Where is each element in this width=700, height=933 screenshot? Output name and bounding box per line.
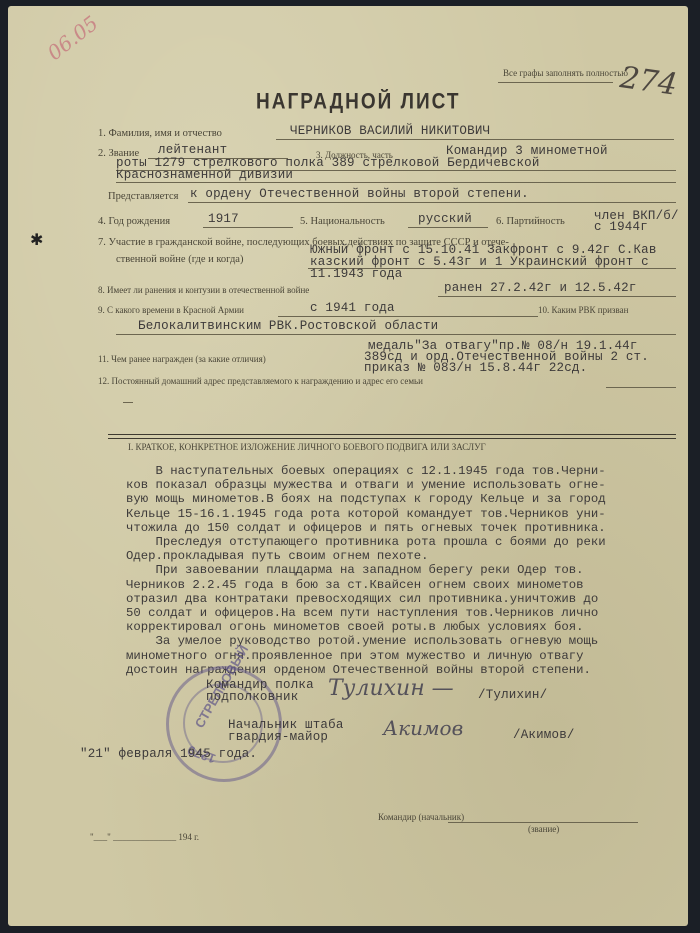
- merit-line: В наступательных боевых операциях с 12.1…: [126, 464, 681, 478]
- merit-line: Черников 2.2.45 года в бою за ст.Квайсен…: [126, 578, 681, 592]
- field-5-label: 5. Национальность: [300, 216, 385, 227]
- rank-value: лейтенант: [158, 143, 227, 157]
- field-6-label: 6. Партийность: [496, 216, 565, 227]
- footer-date-template: "___" ______________ 194 г.: [90, 832, 199, 842]
- field-10-label: 10. Каким РВК призван: [538, 305, 628, 315]
- merit-line: При завоевании плацдарма на западном бер…: [126, 563, 681, 577]
- party-value-line2: с 1944г: [594, 220, 648, 234]
- merit-line: 50 солдат и офицеров.На всем пути наступ…: [126, 606, 681, 620]
- chief-title-line2: гвардия-майор: [228, 730, 328, 744]
- chief-name: /Акимов/: [513, 728, 575, 742]
- footer-rank-label: (звание): [528, 824, 559, 834]
- merit-line: ков показал образцы мужества и отваги и …: [126, 478, 681, 492]
- chief-signature: Акимов: [383, 716, 463, 740]
- commander-signature: Тулихин —: [328, 676, 454, 701]
- merit-description: В наступательных боевых операциях с 12.1…: [126, 464, 681, 677]
- full-name-value: ЧЕРНИКОВ ВАСИЛИЙ НИКИТОВИЧ: [290, 124, 490, 138]
- field-4-label: 4. Год рождения: [98, 216, 170, 227]
- service-value-line3: 11.1943 года: [310, 267, 402, 281]
- wounds-value: ранен 27.2.42г и 12.5.42г: [444, 281, 637, 295]
- field-7-label-line2: ственной войне (где и когда): [116, 254, 243, 265]
- position-value-line3: Краснознаменной дивизии: [116, 168, 293, 182]
- signing-date: "21" февраля 1945 года.: [80, 747, 257, 761]
- section-heading: I. КРАТКОЕ, КОНКРЕТНОЕ ИЗЛОЖЕНИЕ ЛИЧНОГО…: [128, 442, 486, 452]
- ink-blot: ✱: [30, 230, 43, 250]
- instruction-text: Все графы заполнять полностью: [503, 68, 628, 78]
- sheet-number: 274: [618, 60, 680, 103]
- field-11-label: 11. Чем ранее награжден (за какие отличи…: [98, 354, 266, 364]
- field-12-label: 12. Постоянный домашний адрес представля…: [98, 376, 423, 386]
- corner-note: 06.05: [43, 11, 103, 65]
- merit-line: Кельце 15-16.1.1945 года рота которой ко…: [126, 507, 681, 521]
- field-9-label: 9. С какого времени в Красной Армии: [98, 305, 244, 315]
- commander-title-line2: подполковник: [206, 690, 298, 704]
- awards-value-line3: приказ № 083/н 15.8.44г 22сд.: [364, 361, 587, 375]
- merit-line: вую мощь минометов.В боях на подступах к…: [126, 492, 681, 506]
- field-1-label: 1. Фамилия, имя и отчество: [98, 128, 222, 139]
- award-sheet: 06.05 Все графы заполнять полностью 274 …: [8, 6, 688, 926]
- merit-line: За умелое руководство ротой.умение испол…: [126, 634, 681, 648]
- draft-office-value: Белокалитвинским РВК.Ростовской области: [138, 319, 438, 333]
- birth-year-value: 1917: [208, 212, 239, 226]
- merit-line: чтожила до 150 солдат и офицеров и пять …: [126, 521, 681, 535]
- nominated-value: к ордену Отечественной войны второй степ…: [190, 187, 529, 201]
- page-title: НАГРАДНОЙ ЛИСТ: [256, 90, 460, 115]
- footer-commander-label: Командир (начальник): [378, 812, 464, 822]
- nominated-label: Представляется: [108, 191, 179, 202]
- commander-name: /Тулихин/: [478, 688, 547, 702]
- merit-line: минометного огня.проявленное при этом му…: [126, 649, 681, 663]
- merit-line: Преследуя отступающего противника рота п…: [126, 535, 681, 549]
- since-value: с 1941 года: [310, 301, 395, 315]
- field-8-label: 8. Имеет ли ранения и контузии в отечест…: [98, 285, 309, 295]
- merit-line: корректировал огонь минометов своей роты…: [126, 620, 681, 634]
- merit-line: отразил два контратаки превосходящих сил…: [126, 592, 681, 606]
- merit-line: Одер.прокладывая путь своим огнем пехоте…: [126, 549, 681, 563]
- nationality-value: русский: [418, 212, 472, 226]
